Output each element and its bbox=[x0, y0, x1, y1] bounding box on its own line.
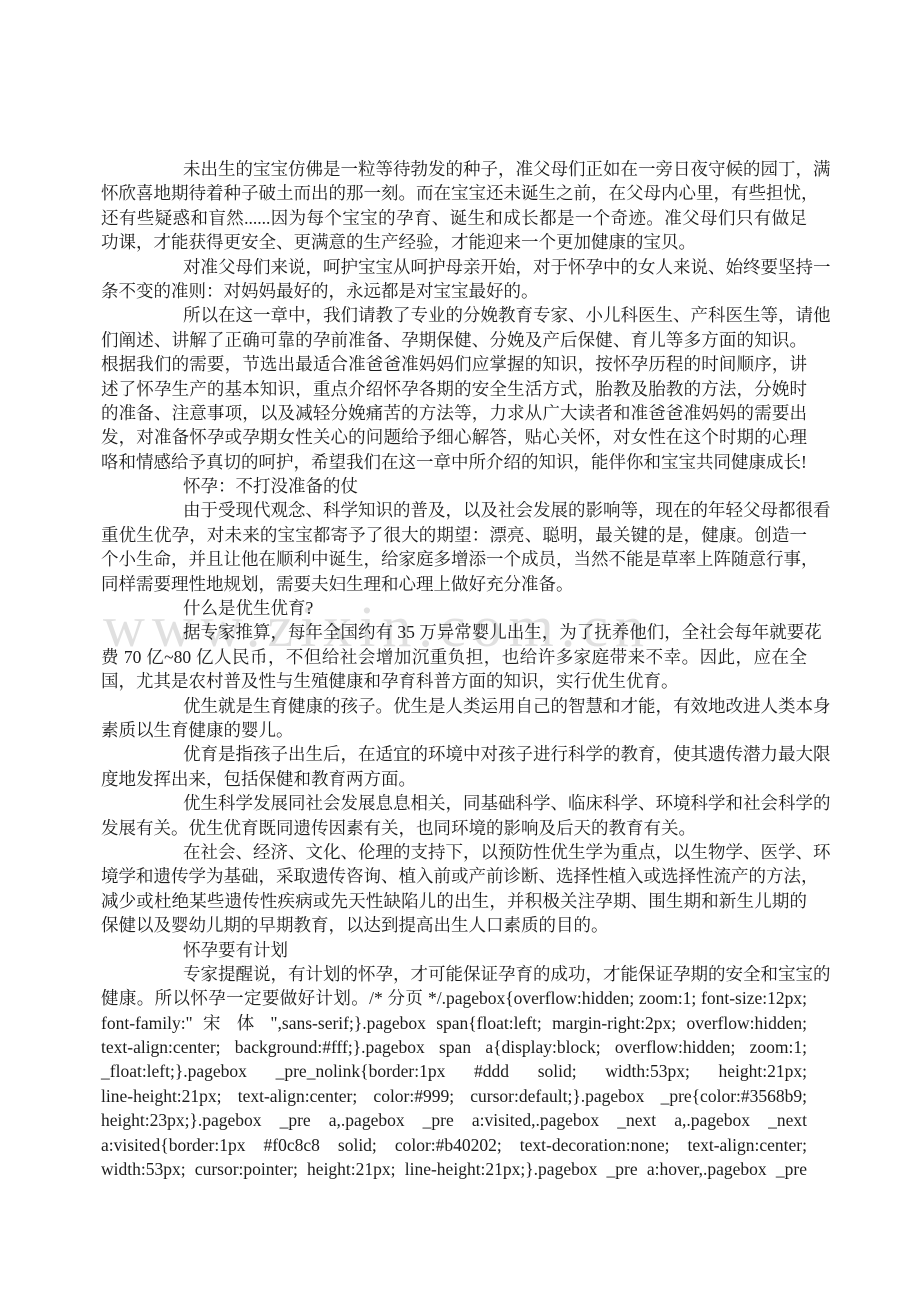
text-line: 的准备、注意事项，以及减轻分娩痛苦的方法等，力求从广大读者和准爸爸准妈妈的需要出 bbox=[101, 401, 807, 425]
text-line: 在社会、经济、文化、伦理的支持下，以预防性优生学为重点，以生物学、医学、环 bbox=[101, 840, 807, 864]
text-line: 述了怀孕生产的基本知识，重点介绍怀孕各期的安全生活方式，胎教及胎教的方法，分娩时 bbox=[101, 377, 807, 401]
text-line: width:53px; cursor:pointer; height:21px;… bbox=[101, 1157, 807, 1181]
text-line: line-height:21px; text-align:center; col… bbox=[101, 1084, 807, 1108]
text-line: 未出生的宝宝仿佛是一粒等待勃发的种子，准父母们正如在一旁日夜守候的园丁，满 bbox=[101, 157, 807, 181]
text-line: 对准父母们来说，呵护宝宝从呵护母亲开始，对于怀孕中的女人来说、始终要坚持一 bbox=[101, 255, 807, 279]
text-line: font-family:" 宋 体 ",sans-serif;}.pagebox… bbox=[101, 1011, 807, 1035]
text-line: 优育是指孩子出生后，在适宜的环境中对孩子进行科学的教育，使其遗传潜力最大限 bbox=[101, 742, 807, 766]
text-line: 什么是优生优育? bbox=[101, 596, 807, 620]
paragraph: 对准父母们来说，呵护宝宝从呵护母亲开始，对于怀孕中的女人来说、始终要坚持一条不变… bbox=[101, 255, 807, 304]
text-line: 个小生命，并且让他在顺利中诞生，给家庭多增添一个成员，当然不能是草率上阵随意行事… bbox=[101, 547, 807, 571]
paragraph: 专家提醒说，有计划的怀孕，才可能保证孕育的成功，才能保证孕期的安全和宝宝的健康。… bbox=[101, 962, 807, 1182]
text-line: 国，尤其是农村普及性与生殖健康和孕育科普方面的知识，实行优生优育。 bbox=[101, 669, 807, 693]
document-body: 未出生的宝宝仿佛是一粒等待勃发的种子，准父母们正如在一旁日夜守候的园丁，满怀欣喜… bbox=[101, 157, 807, 1181]
text-line: 据专家推算，每年全国约有 35 万异常婴儿出生，为了抚养他们，全社会每年就要花 bbox=[101, 620, 807, 644]
text-line: 优生科学发展同社会发展息息相关，同基础科学、临床科学、环境科学和社会科学的 bbox=[101, 791, 807, 815]
document-page: www.zixin.com.cn 未出生的宝宝仿佛是一粒等待勃发的种子，准父母们… bbox=[0, 0, 920, 1302]
paragraph: 怀孕要有计划 bbox=[101, 938, 807, 962]
text-line: 重优生优孕，对未来的宝宝都寄予了很大的期望：漂亮、聪明，最关键的是，健康。创造一 bbox=[101, 523, 807, 547]
paragraph: 所以在这一章中，我们请教了专业的分娩教育专家、小儿科医生、产科医生等，请他们阐述… bbox=[101, 303, 807, 474]
paragraph: 怀孕：不打没准备的仗 bbox=[101, 474, 807, 498]
text-line: 功课，才能获得更安全、更满意的生产经验，才能迎来一个更加健康的宝贝。 bbox=[101, 230, 807, 254]
text-line: 专家提醒说，有计划的怀孕，才可能保证孕育的成功，才能保证孕期的安全和宝宝的 bbox=[101, 962, 807, 986]
text-line: _float:left;}.pagebox _pre_nolink{border… bbox=[101, 1059, 807, 1083]
paragraph: 在社会、经济、文化、伦理的支持下，以预防性优生学为重点，以生物学、医学、环境学和… bbox=[101, 840, 807, 938]
text-line: 发展有关。优生优育既同遗传因素有关，也同环境的影响及后天的教育有关。 bbox=[101, 816, 807, 840]
paragraph: 未出生的宝宝仿佛是一粒等待勃发的种子，准父母们正如在一旁日夜守候的园丁，满怀欣喜… bbox=[101, 157, 807, 255]
paragraph: 优育是指孩子出生后，在适宜的环境中对孩子进行科学的教育，使其遗传潜力最大限度地发… bbox=[101, 742, 807, 791]
text-line: 条不变的准则：对妈妈最好的，永远都是对宝宝最好的。 bbox=[101, 279, 807, 303]
paragraph: 优生科学发展同社会发展息息相关，同基础科学、临床科学、环境科学和社会科学的发展有… bbox=[101, 791, 807, 840]
text-line: 们阐述、讲解了正确可靠的孕前准备、孕期保健、分娩及产后保健、育儿等多方面的知识。 bbox=[101, 328, 807, 352]
text-line: 素质以生育健康的婴儿。 bbox=[101, 718, 807, 742]
paragraph: 优生就是生育健康的孩子。优生是人类运用自己的智慧和才能，有效地改进人类本身素质以… bbox=[101, 694, 807, 743]
text-line: 还有些疑惑和盲然......因为每个宝宝的孕育、诞生和成长都是一个奇迹。准父母们… bbox=[101, 206, 807, 230]
paragraph: 据专家推算，每年全国约有 35 万异常婴儿出生，为了抚养他们，全社会每年就要花费… bbox=[101, 620, 807, 693]
paragraph: 由于受现代观念、科学知识的普及，以及社会发展的影响等，现在的年轻父母都很看重优生… bbox=[101, 498, 807, 596]
paragraph: 什么是优生优育? bbox=[101, 596, 807, 620]
text-line: 由于受现代观念、科学知识的普及，以及社会发展的影响等，现在的年轻父母都很看 bbox=[101, 498, 807, 522]
text-line: 同样需要理性地规划，需要夫妇生理和心理上做好充分准备。 bbox=[101, 572, 807, 596]
text-line: 怀孕：不打没准备的仗 bbox=[101, 474, 807, 498]
text-line: 健康。所以怀孕一定要做好计划。/* 分页 */.pagebox{overflow… bbox=[101, 986, 807, 1010]
text-line: 怀孕要有计划 bbox=[101, 938, 807, 962]
text-line: 怀欣喜地期待着种子破土而出的那一刻。而在宝宝还未诞生之前，在父母内心里，有些担忧… bbox=[101, 181, 807, 205]
text-line: 根据我们的需要，节选出最适合准爸爸准妈妈们应掌握的知识，按怀孕历程的时间顺序，讲 bbox=[101, 352, 807, 376]
text-line: 境学和遗传学为基础，采取遗传咨询、植入前或产前诊断、选择性植入或选择性流产的方法… bbox=[101, 864, 807, 888]
text-line: a:visited{border:1px #f0c8c8 solid; colo… bbox=[101, 1133, 807, 1157]
text-line: 咯和情感给予真切的呵护，希望我们在这一章中所介绍的知识，能伴你和宝宝共同健康成长… bbox=[101, 450, 807, 474]
text-line: 减少或杜绝某些遗传性疾病或先天性缺陷儿的出生，并积极关注孕期、围生期和新生儿期的 bbox=[101, 889, 807, 913]
text-line: 度地发挥出来，包括保健和教育两方面。 bbox=[101, 767, 807, 791]
text-line: 优生就是生育健康的孩子。优生是人类运用自己的智慧和才能，有效地改进人类本身 bbox=[101, 694, 807, 718]
text-line: 保健以及婴幼儿期的早期教育，以达到提高出生人口素质的目的。 bbox=[101, 913, 807, 937]
text-line: 费 70 亿~80 亿人民币，不但给社会增加沉重负担，也给许多家庭带来不幸。因此… bbox=[101, 645, 807, 669]
text-line: height:23px;}.pagebox _pre a,.pagebox _p… bbox=[101, 1108, 807, 1132]
text-line: 所以在这一章中，我们请教了专业的分娩教育专家、小儿科医生、产科医生等，请他 bbox=[101, 303, 807, 327]
text-line: 发，对准备怀孕或孕期女性关心的问题给予细心解答，贴心关怀，对女性在这个时期的心理 bbox=[101, 425, 807, 449]
text-line: text-align:center; background:#fff;}.pag… bbox=[101, 1035, 807, 1059]
